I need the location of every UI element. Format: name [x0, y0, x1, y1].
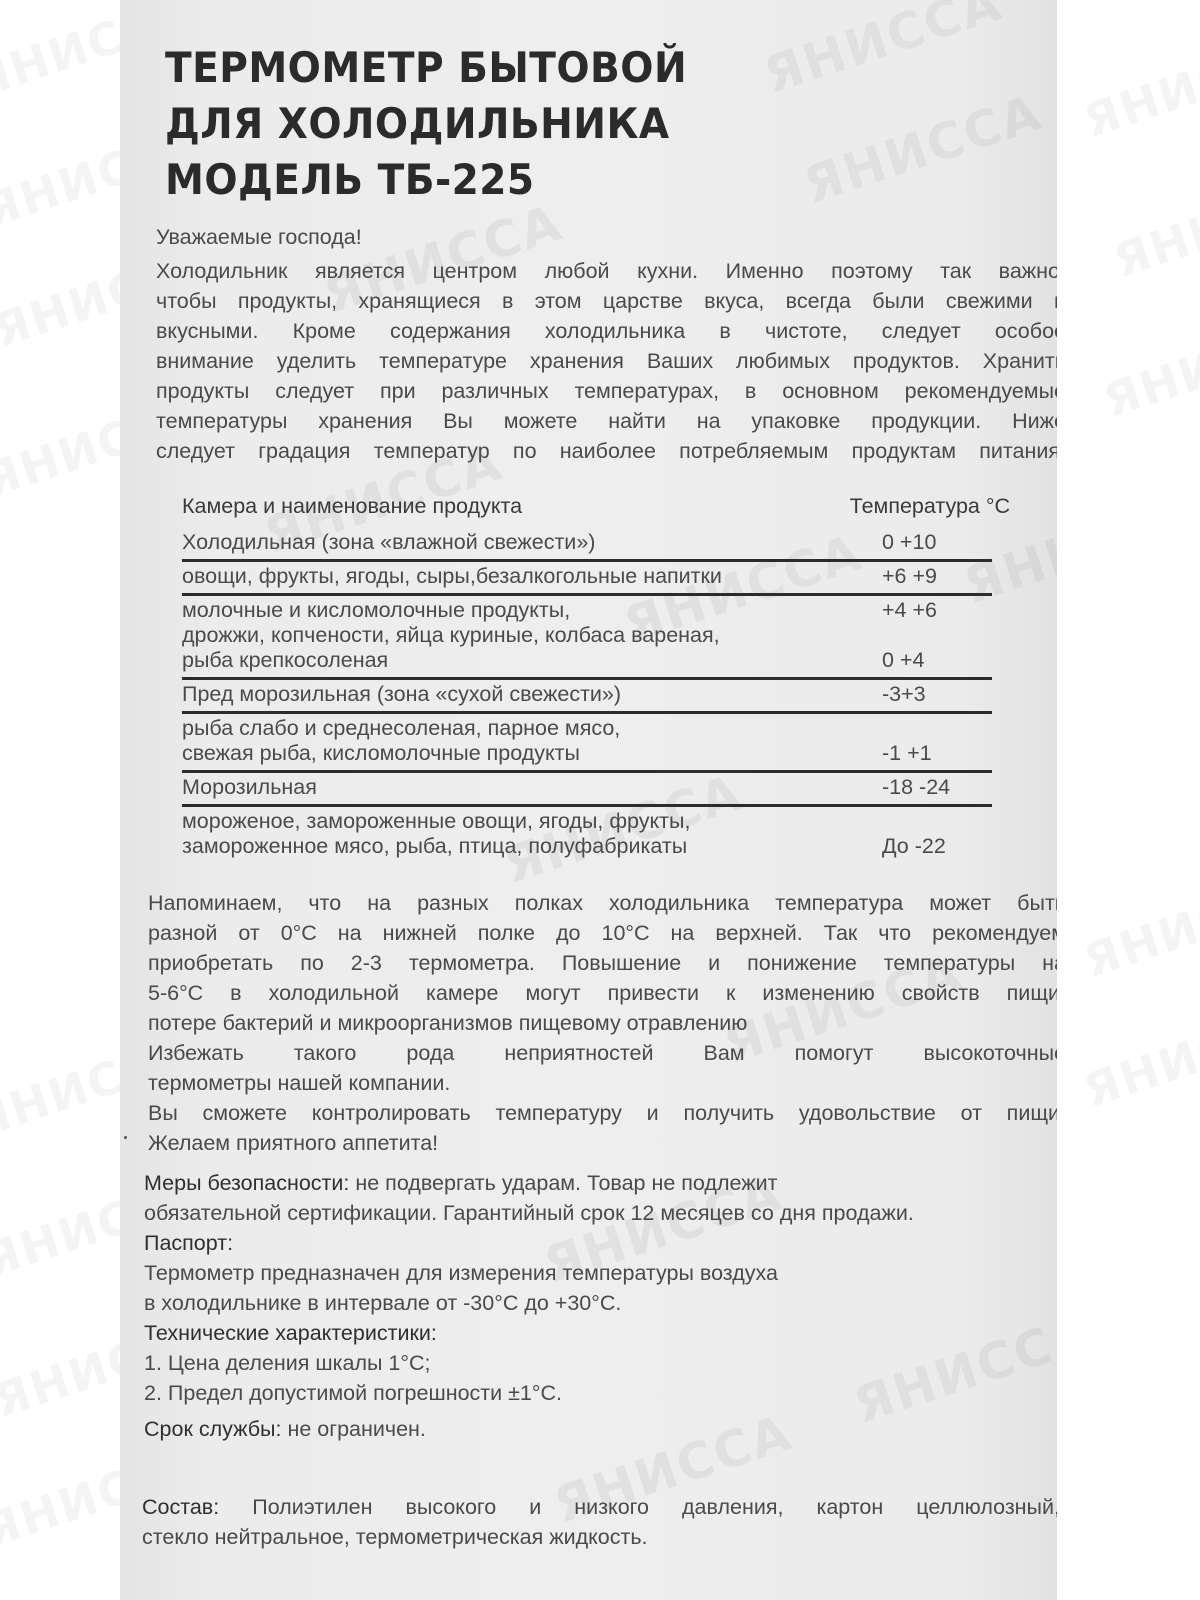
- notes-line: разной от 0°С на нижней полке до 10°С на…: [148, 918, 1057, 948]
- intro-line: следует градация температур по наиболее …: [156, 436, 1057, 466]
- title-line: МОДЕЛЬ ТБ-225: [165, 152, 687, 208]
- notes-line: приобретать по 2-3 термометра. Повышение…: [148, 948, 1057, 978]
- passport-label: Паспорт:: [144, 1228, 778, 1258]
- row-name: Пред морозильная (зона «сухой свежести»): [182, 682, 880, 707]
- safety-label: Меры безопасности:: [144, 1171, 349, 1195]
- composition-label: Состав:: [142, 1495, 219, 1519]
- row-name: Морозильная: [182, 775, 880, 800]
- row-temperature: +4 +6 0 +4: [882, 598, 992, 673]
- passport-text: в холодильнике в интервале от -30°С до +…: [144, 1288, 778, 1318]
- notes-line: Вы сможете контролировать температуру и …: [148, 1098, 1057, 1128]
- watermark: ЯНИССА: [847, 1303, 1057, 1434]
- storage-temperature-table: Камера и наименование продукта Температу…: [182, 494, 992, 863]
- print-speck: [124, 1136, 127, 1139]
- intro-line: продукты следует при различных температу…: [156, 376, 1057, 406]
- watermark: ЯНИССА: [797, 83, 1049, 214]
- safety-text: не подвергать ударам. Товар не подлежит: [355, 1171, 777, 1195]
- intro-line: Холодильник является центром любой кухни…: [156, 256, 1057, 286]
- intro-paragraph: Холодильник является центром любой кухни…: [156, 256, 1057, 466]
- page-title: ТЕРМОМЕТР БЫТОВОЙ ДЛЯ ХОЛОДИЛЬНИКА МОДЕЛ…: [165, 40, 687, 208]
- notes-line: Напоминаем, что на разных полках холодил…: [148, 888, 1057, 918]
- notes-paragraph: Напоминаем, что на разных полках холодил…: [148, 888, 1057, 1158]
- notes-line: Желаем приятного аппетита!: [148, 1128, 1057, 1158]
- passport-section: Паспорт: Термометр предназначен для изме…: [144, 1228, 778, 1444]
- table-row: Пред морозильная (зона «сухой свежести»)…: [182, 680, 992, 714]
- service-life-label: Срок службы:: [144, 1417, 281, 1441]
- passport-text: Термометр предназначен для измерения тем…: [144, 1258, 778, 1288]
- intro-line: внимание уделить температуре хранения Ва…: [156, 346, 1057, 376]
- title-line: ТЕРМОМЕТР БЫТОВОЙ: [165, 40, 687, 96]
- safety-section: Меры безопасности: не подвергать ударам.…: [144, 1168, 1054, 1228]
- row-temperature: +6 +9: [880, 564, 992, 589]
- composition-text: Полиэтилен высокого и низкого давления, …: [252, 1495, 1057, 1519]
- row-name: овощи, фрукты, ягоды, сыры,безалкогольны…: [182, 564, 880, 589]
- notes-line: термометры нашей компании.: [148, 1068, 1057, 1098]
- service-life: Срок службы: не ограничен.: [144, 1414, 778, 1444]
- row-name: мороженое, замороженные овощи, ягоды, фр…: [182, 809, 880, 859]
- row-name: рыба слабо и среднесоленая, парное мясо,…: [182, 716, 880, 766]
- safety-text: обязательной сертификации. Гарантийный с…: [144, 1198, 1054, 1228]
- table-row: рыба слабо и среднесоленая, парное мясо,…: [182, 714, 992, 773]
- watermark: ЯНИССА: [1097, 306, 1200, 428]
- intro-line: вкусными. Кроме содержания холодильника …: [156, 316, 1057, 346]
- intro-line: чтобы продукты, хранящиеся в этом царств…: [156, 286, 1057, 316]
- spec-item: 1. Цена деления шкалы 1°С;: [144, 1348, 778, 1378]
- table-header: Камера и наименование продукта Температу…: [182, 494, 992, 528]
- intro-line: температуры хранения Вы можете найти на …: [156, 406, 1057, 436]
- greeting: Уважаемые господа!: [156, 222, 362, 252]
- watermark: ЯНИССА: [1077, 996, 1200, 1118]
- notes-line: Избежать такого рода неприятностей Вам п…: [148, 1038, 1057, 1068]
- column-header-temperature: Температура °С: [850, 494, 1010, 528]
- watermark: ЯНИССА: [1077, 26, 1200, 148]
- spec-item: 2. Предел допустимой погрешности ±1°С.: [144, 1378, 778, 1408]
- column-header-product: Камера и наименование продукта: [182, 494, 522, 528]
- table-row: Холодильная (зона «влажной свежести») 0 …: [182, 528, 992, 562]
- title-line: ДЛЯ ХОЛОДИЛЬНИКА: [165, 96, 687, 152]
- table-row: Морозильная -18 -24: [182, 773, 992, 807]
- composition-text: стекло нейтральное, термометрическая жид…: [142, 1522, 1057, 1552]
- table-row: молочные и кисломолочные продукты, дрожж…: [182, 596, 992, 680]
- row-temperature: 0 +10: [880, 530, 992, 555]
- row-temperature: До -22: [880, 834, 992, 859]
- watermark: ЯНИССА: [1077, 866, 1200, 988]
- service-life-value: не ограничен.: [287, 1417, 425, 1441]
- table-row: мороженое, замороженные овощи, ягоды, фр…: [182, 807, 992, 863]
- watermark: ЯНИССА: [1107, 166, 1200, 288]
- row-temperature: -3+3: [880, 682, 992, 707]
- row-name: молочные и кисломолочные продукты, дрожж…: [182, 598, 882, 673]
- notes-line: 5-6°С в холодильной камере могут привест…: [148, 978, 1057, 1008]
- specs-label: Технические характеристики:: [144, 1318, 778, 1348]
- row-temperature: -1 +1: [880, 741, 992, 766]
- table-row: овощи, фрукты, ягоды, сыры,безалкогольны…: [182, 562, 992, 596]
- row-temperature: -18 -24: [880, 775, 992, 800]
- row-name: Холодильная (зона «влажной свежести»): [182, 530, 880, 555]
- notes-line: потере бактерий и микроорганизмов пищево…: [148, 1008, 1057, 1038]
- watermark: ЯНИССА: [757, 0, 1009, 105]
- instruction-leaflet: ЯНИССА ЯНИССА ЯНИССА ЯНИССА ЯНИССА ЯНИСС…: [120, 0, 1057, 1600]
- composition-section: Состав: Полиэтилен высокого и низкого да…: [142, 1492, 1057, 1552]
